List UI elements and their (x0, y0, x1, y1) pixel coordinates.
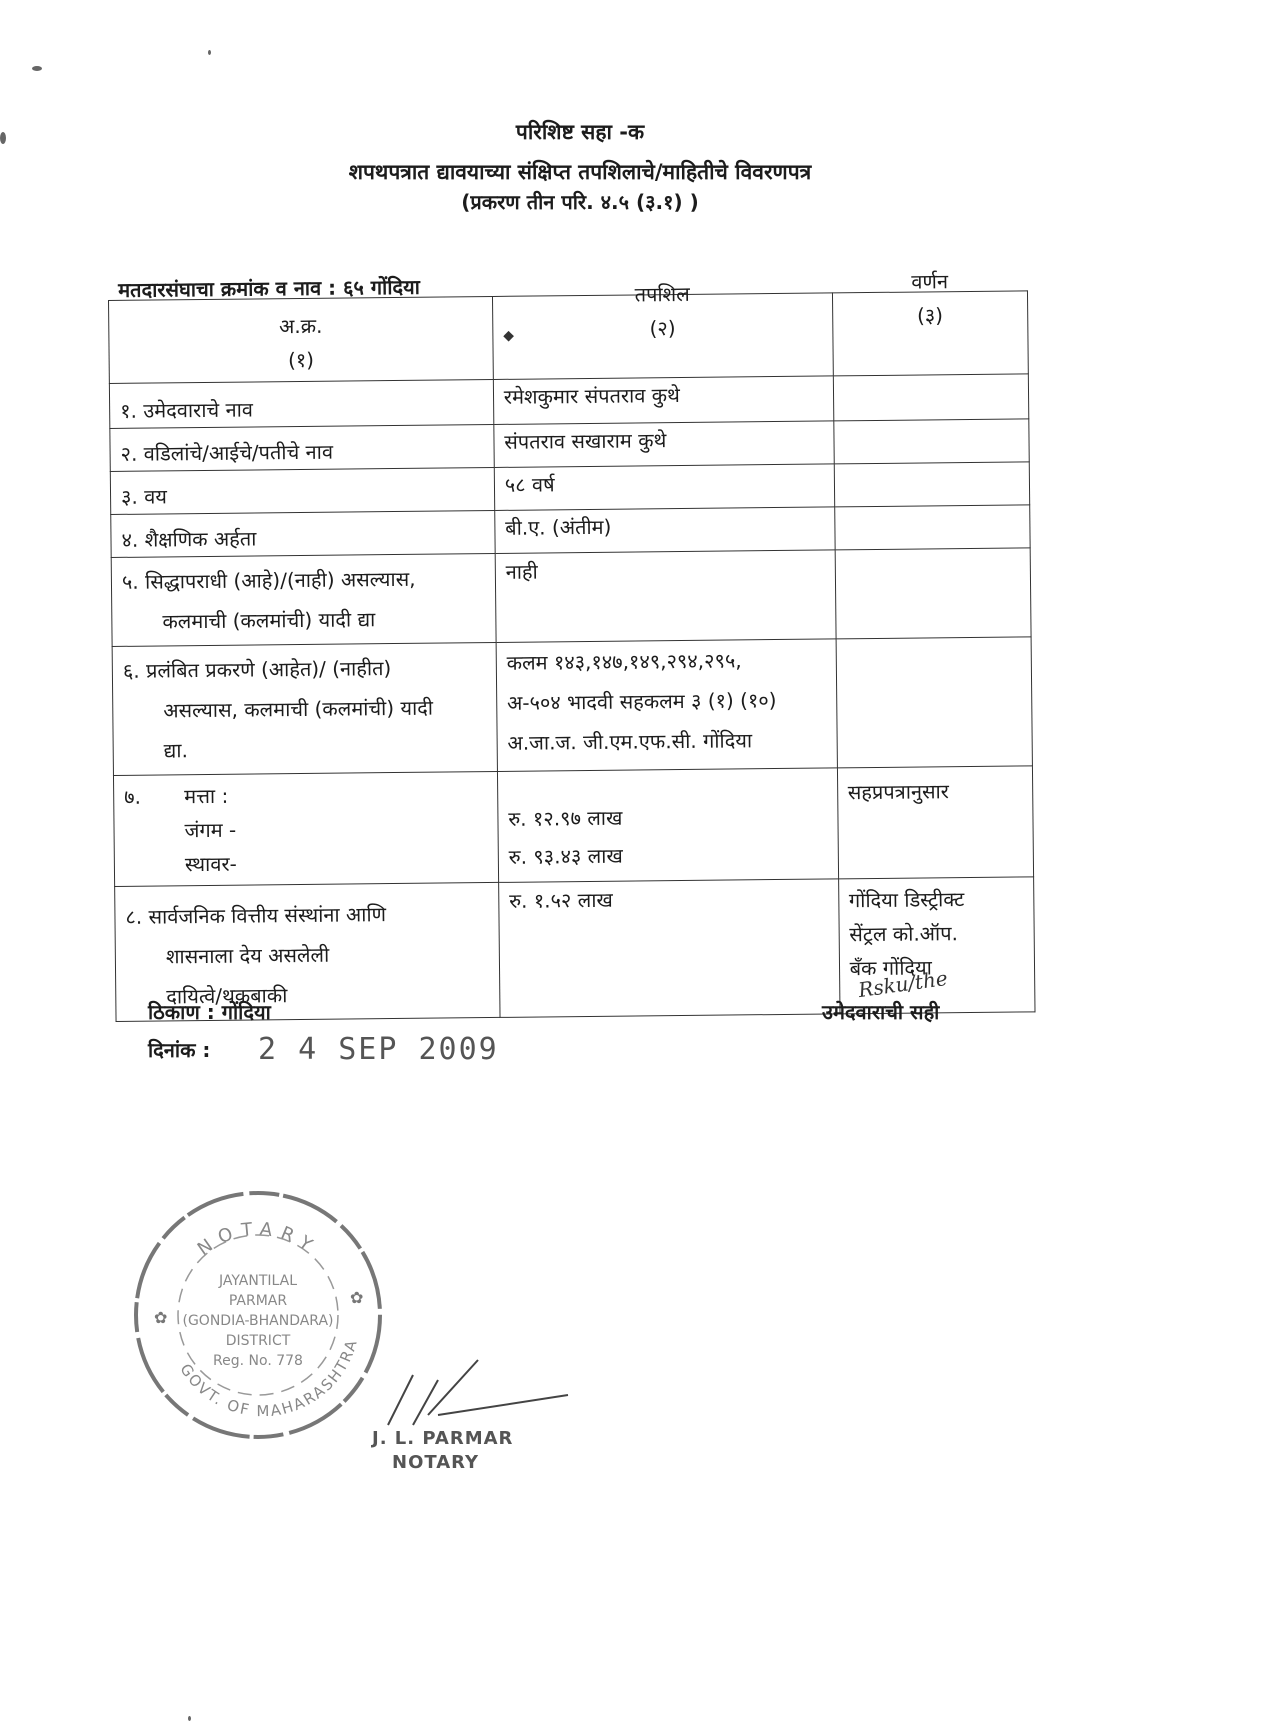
svg-text:JAYANTILAL: JAYANTILAL (218, 1273, 297, 1289)
row-detail: संपतराव सखाराम कुथे (494, 421, 834, 468)
row-item: ७. मत्ता : जंगम - स्थावर- (113, 771, 498, 886)
row-item: २. वडिलांचे/आईचे/पतीचे नाव (110, 424, 494, 471)
table-row: ५. सिद्धापराधी (आहे)/(नाही) असल्यास, कलम… (111, 548, 1031, 647)
row-detail-line: अ-५०४ भादवी सहकलम ३ (१) (१०) (507, 680, 826, 723)
row-detail: ५८ वर्ष (494, 464, 834, 511)
row-item-line: जंगम - (124, 810, 487, 848)
svg-text:(GONDIA-BHANDARA): (GONDIA-BHANDARA) (182, 1313, 333, 1329)
row-detail: कलम १४३,१४७,१४९,२९४,२९५, अ-५०४ भादवी सहक… (496, 639, 837, 772)
table-row: ६. प्रलंबित प्रकरणे (आहेत)/ (नाहीत) असल्… (112, 637, 1032, 776)
row-description (836, 637, 1033, 768)
affidavit-summary-table: अ.क्र. (१) ◆ तपशिल (२) वर्णन (३) १. उमेद… (108, 290, 1036, 1022)
notary-signature-icon (368, 1355, 578, 1435)
row-item-line: स्थावर- (125, 844, 488, 882)
row-detail: रु. १.५२ लाख (498, 879, 839, 1018)
table-header-row: अ.क्र. (१) ◆ तपशिल (२) वर्णन (३) (109, 291, 1029, 384)
column-title: अ.क्र. (119, 307, 482, 345)
row-description (834, 505, 1030, 550)
svg-text:✿: ✿ (350, 1288, 363, 1307)
column-header-description: वर्णन (३) (832, 291, 1028, 376)
row-description-line: गोंदिया डिस्ट्रीक्ट (849, 881, 1024, 917)
candidate-signature-label: उमेदवाराची सही (822, 998, 939, 1025)
scan-speck (0, 132, 6, 144)
date-label: दिनांक : (148, 1036, 210, 1063)
row-item-line: ६. प्रलंबित प्रकरणे (आहेत)/ (नाहीत) (123, 647, 486, 691)
scan-speck (208, 50, 211, 55)
row-description-line: सेंट्रल को.ऑप. (849, 915, 1024, 951)
row-detail-line: रु. १२.९७ लाख (508, 796, 827, 837)
column-number: (३) (843, 297, 1018, 333)
row-item: ४. शैक्षणिक अर्हता (111, 510, 495, 557)
row-detail: रु. १२.९७ लाख रु. ९३.४३ लाख (497, 768, 838, 883)
column-title: तपशिल (503, 276, 822, 313)
chapter-reference: (प्रकरण तीन परि. ४.५ (३.१) ) (0, 188, 1160, 215)
svg-text:✿: ✿ (154, 1308, 167, 1327)
column-title: वर्णन (842, 263, 1017, 299)
notary-title: NOTARY (392, 1452, 479, 1473)
table-row: ७. मत्ता : जंगम - स्थावर- रु. १२.९७ लाख … (113, 766, 1033, 887)
column-number: (१) (119, 341, 482, 379)
svg-text:Reg. No. 778: Reg. No. 778 (213, 1353, 303, 1369)
notary-name: J. L. PARMAR (372, 1428, 513, 1449)
place-label: ठिकाण : गोंदिया (148, 998, 271, 1025)
row-description (835, 548, 1031, 639)
row-description (834, 462, 1030, 507)
svg-text:NOTARY: NOTARY (194, 1219, 323, 1261)
column-number: (२) (503, 310, 822, 347)
row-item-line: कलमाची (कलमांची) यादी द्या (122, 598, 485, 642)
row-item-line: द्या. (124, 727, 487, 771)
row-item-line: ८. सार्वजनिक वित्तीय संस्थांना आणि (125, 893, 488, 937)
svg-text:PARMAR: PARMAR (229, 1293, 288, 1309)
row-description (833, 419, 1029, 464)
annex-title: परिशिष्ट सहा -क (0, 118, 1160, 146)
row-description: सहप्रपत्रानुसार (837, 766, 1034, 879)
row-item-line: ५. सिद्धापराधी (आहे)/(नाही) असल्यास, (122, 558, 485, 602)
row-item: ३. वय (110, 467, 494, 514)
svg-text:DISTRICT: DISTRICT (226, 1333, 291, 1349)
date-stamp: 2 4 SEP 2009 (258, 1032, 499, 1067)
column-header-serial: अ.क्र. (१) (109, 296, 494, 383)
row-item-line: शासनाला देय असलेली (126, 933, 489, 977)
row-item: ६. प्रलंबित प्रकरणे (आहेत)/ (नाहीत) असल्… (112, 642, 497, 775)
row-detail: रमेशकुमार संपतराव कुथे (493, 376, 833, 425)
row-item: ५. सिद्धापराधी (आहे)/(नाही) असल्यास, कलम… (111, 553, 496, 646)
row-detail: बी.ए. (अंतीम) (495, 507, 835, 554)
ink-blot-icon: ◆ (503, 319, 514, 353)
svg-text:GOVT. OF MAHARASHTRA: GOVT. OF MAHARASHTRA (176, 1336, 361, 1420)
row-item-line: असल्यास, कलमाची (कलमांची) यादी (123, 687, 486, 731)
row-detail-line: अ.जा.ज. जी.एम.एफ.सी. गोंदिया (507, 720, 826, 763)
scan-speck (32, 66, 42, 71)
row-description (833, 374, 1029, 421)
column-header-details: ◆ तपशिल (२) (492, 293, 833, 380)
scan-speck (188, 1716, 191, 1721)
row-item: १. उमेदवाराचे नाव (109, 379, 493, 428)
row-detail: नाही (495, 550, 836, 643)
row-item-number: ७. (124, 779, 184, 814)
row-detail-line: रु. ९३.४३ लाख (508, 834, 827, 875)
row-detail-line: कलम १४३,१४७,१४९,२९४,२९५, (506, 640, 825, 683)
document-title: शपथपत्रात द्यावयाच्या संक्षिप्त तपशिलाचे… (0, 158, 1160, 186)
notary-stamp-icon: NOTARY GOVT. OF MAHARASHTRA JAYANTILAL P… (128, 1185, 388, 1445)
